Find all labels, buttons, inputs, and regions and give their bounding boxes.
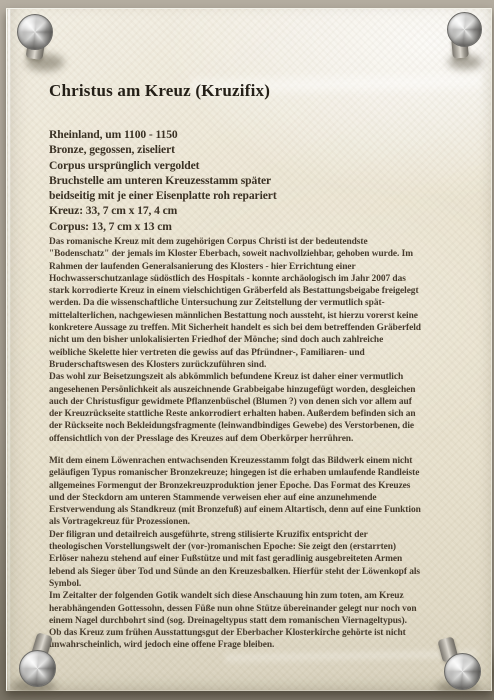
artifact-details: Rheinland, um 1100 - 1150 Bronze, gegoss… — [49, 127, 277, 234]
description-paragraph-2: Mit dem einem Löwenrachen entwachsenden … — [49, 455, 421, 652]
acrylic-plaque: Christus am Kreuz (Kruzifix) Rheinland, … — [6, 8, 492, 691]
pin-head — [17, 14, 53, 50]
pin-head — [447, 12, 482, 47]
pin-head — [444, 653, 481, 690]
description-paragraph-1: Das romanische Kreuz mit dem zugehörigen… — [49, 236, 421, 445]
glass-edge-highlight — [8, 9, 10, 690]
museum-label-photo: Christus am Kreuz (Kruzifix) Rheinland, … — [0, 0, 494, 700]
pin-head — [19, 650, 56, 687]
artifact-title: Christus am Kreuz (Kruzifix) — [49, 81, 270, 101]
